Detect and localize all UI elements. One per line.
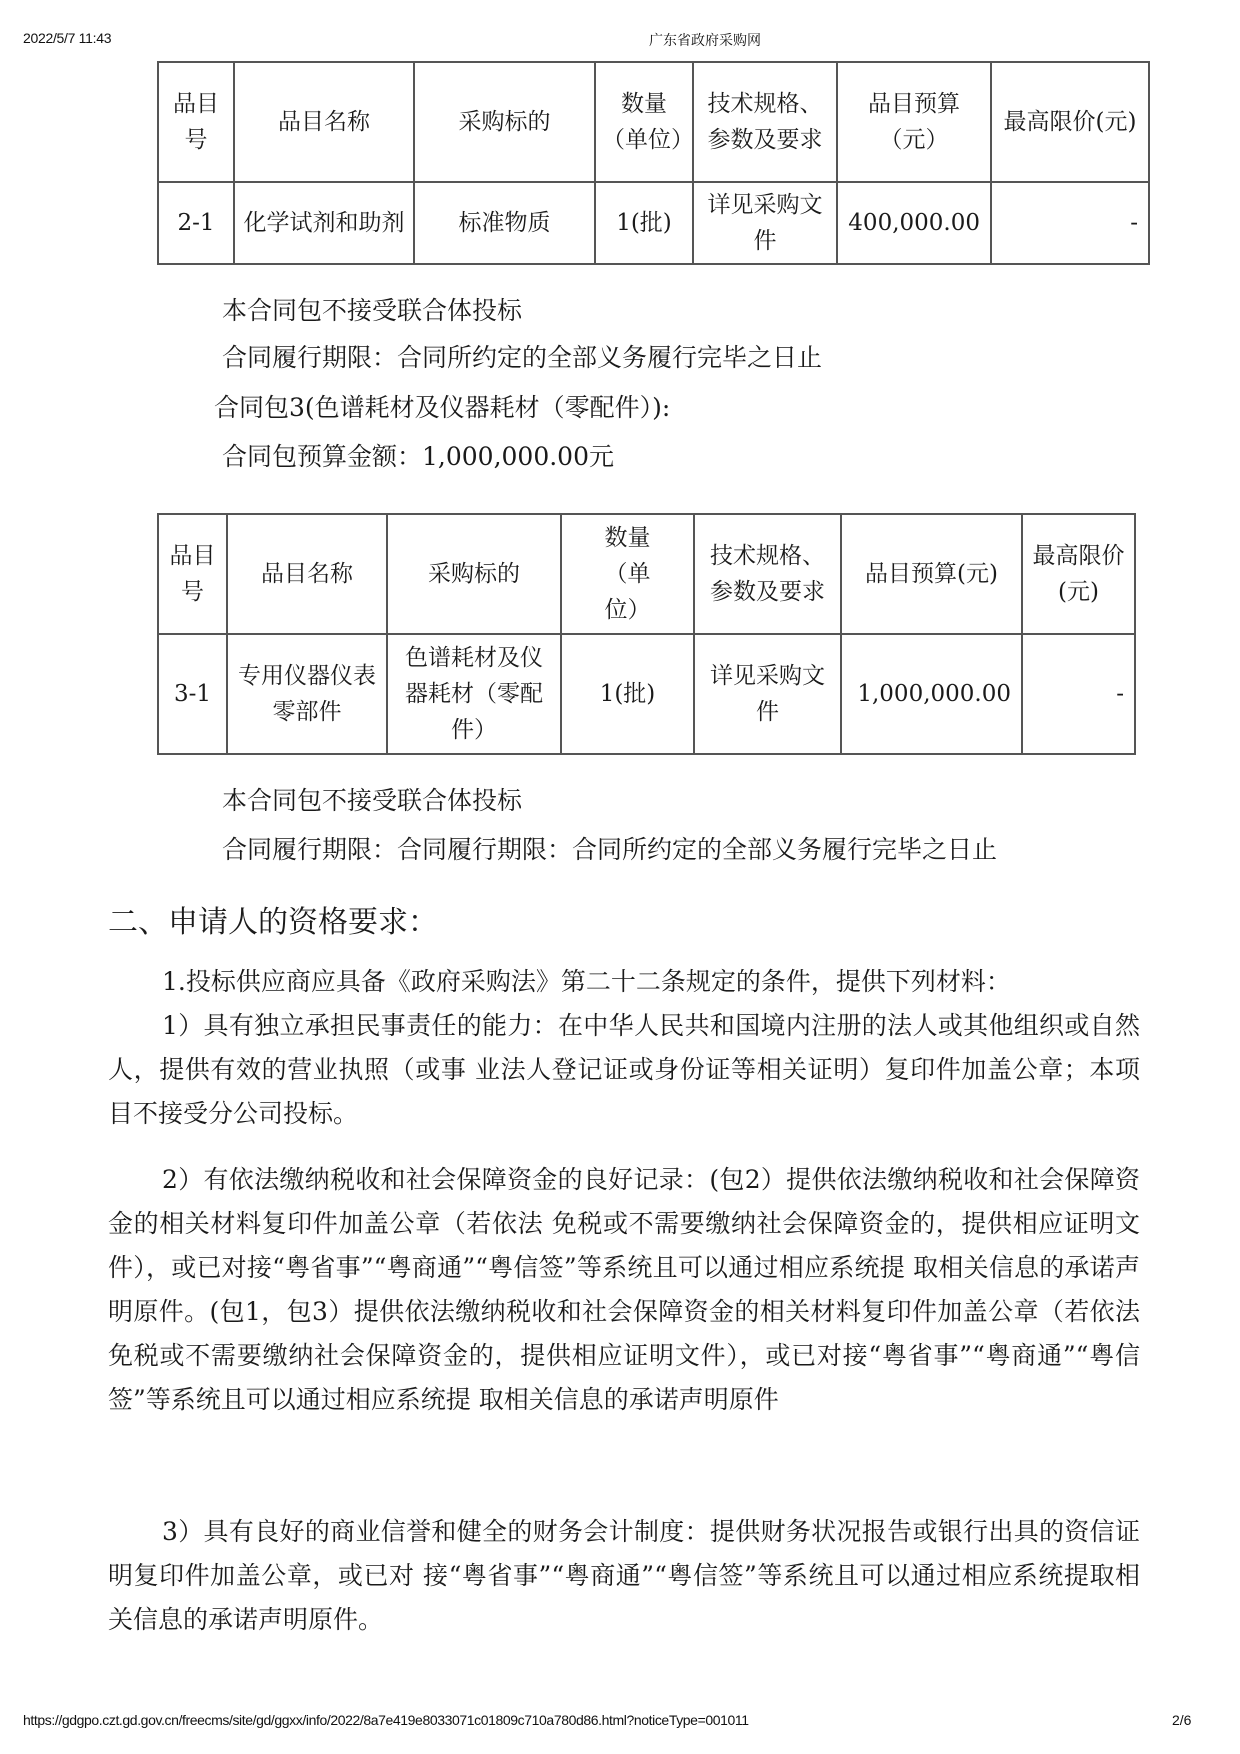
header-budget: 品目预算(元): [841, 514, 1022, 634]
cell-spec: 详见采购文件: [694, 634, 841, 754]
package3-budget: 合同包预算金额：1,000,000.00元: [222, 442, 614, 472]
site-title: 广东省政府采购网: [0, 30, 1240, 50]
header-item-no: 品目号: [158, 62, 234, 182]
qualification-paragraph-1-3: 3）具有良好的商业信誉和健全的财务会计制度：提供财务状况报告或银行出具的资信证明…: [108, 1510, 1140, 1642]
package3-title: 合同包3(色谱耗材及仪器耗材（零配件）):: [214, 393, 670, 423]
qualification-paragraph-1: 1.投标供应商应具备《政府采购法》第二十二条规定的条件，提供下列材料：: [108, 960, 1140, 1004]
page-url: https://gdgpo.czt.gd.gov.cn/freecms/site…: [23, 1712, 749, 1728]
cell-procurement-target: 色谱耗材及仪器耗材（零配件）: [387, 634, 561, 754]
package2-term: 合同履行期限：合同所约定的全部义务履行完毕之日止: [222, 343, 822, 373]
package2-items-table: 品目号 品目名称 采购标的 数量（单位） 技术规格、参数及要求 品目预算（元） …: [157, 61, 1150, 265]
header-spec: 技术规格、参数及要求: [693, 62, 837, 182]
cell-spec: 详见采购文件: [693, 182, 837, 264]
cell-max-price: -: [991, 182, 1149, 264]
header-item-no: 品目号: [158, 514, 227, 634]
header-max-price: 最高限价(元): [1022, 514, 1135, 634]
package3-items-table: 品目号 品目名称 采购标的 数量（单位） 技术规格、参数及要求 品目预算(元) …: [157, 513, 1136, 755]
cell-max-price: -: [1022, 634, 1135, 754]
package3-term: 合同履行期限：合同履行期限：合同所约定的全部义务履行完毕之日止: [222, 835, 997, 865]
table-row: 2-1 化学试剂和助剂 标准物质 1(批) 详见采购文件 400,000.00 …: [158, 182, 1149, 264]
header-max-price: 最高限价(元): [991, 62, 1149, 182]
header-spec: 技术规格、参数及要求: [694, 514, 841, 634]
header-procurement-target: 采购标的: [414, 62, 595, 182]
header-item-name: 品目名称: [227, 514, 387, 634]
qualification-paragraph-1-2: 2）有依法缴纳税收和社会保障资金的良好记录：(包2）提供依法缴纳税收和社会保障资…: [108, 1158, 1140, 1422]
package3-consortium-note: 本合同包不接受联合体投标: [222, 786, 522, 816]
page-number: 2/6: [1172, 1712, 1191, 1728]
cell-item-name: 专用仪器仪表零部件: [227, 634, 387, 754]
cell-item-no: 3-1: [158, 634, 227, 754]
cell-budget: 1,000,000.00: [841, 634, 1022, 754]
cell-item-no: 2-1: [158, 182, 234, 264]
table-row: 3-1 专用仪器仪表零部件 色谱耗材及仪器耗材（零配件） 1(批) 详见采购文件…: [158, 634, 1135, 754]
table-header-row: 品目号 品目名称 采购标的 数量（单位） 技术规格、参数及要求 品目预算（元） …: [158, 62, 1149, 182]
package2-consortium-note: 本合同包不接受联合体投标: [222, 296, 522, 326]
cell-item-name: 化学试剂和助剂: [234, 182, 414, 264]
cell-quantity: 1(批): [561, 634, 694, 754]
header-item-name: 品目名称: [234, 62, 414, 182]
header-quantity: 数量（单位）: [595, 62, 693, 182]
header-quantity: 数量（单位）: [561, 514, 694, 634]
cell-quantity: 1(批): [595, 182, 693, 264]
table-header-row: 品目号 品目名称 采购标的 数量（单位） 技术规格、参数及要求 品目预算(元) …: [158, 514, 1135, 634]
cell-procurement-target: 标准物质: [414, 182, 595, 264]
cell-budget: 400,000.00: [837, 182, 991, 264]
header-budget: 品目预算（元）: [837, 62, 991, 182]
header-procurement-target: 采购标的: [387, 514, 561, 634]
qualification-paragraph-1-1: 1）具有独立承担民事责任的能力：在中华人民共和国境内注册的法人或其他组织或自然人…: [108, 1004, 1140, 1136]
section-heading-qualifications: 二、申请人的资格要求：: [108, 905, 438, 941]
